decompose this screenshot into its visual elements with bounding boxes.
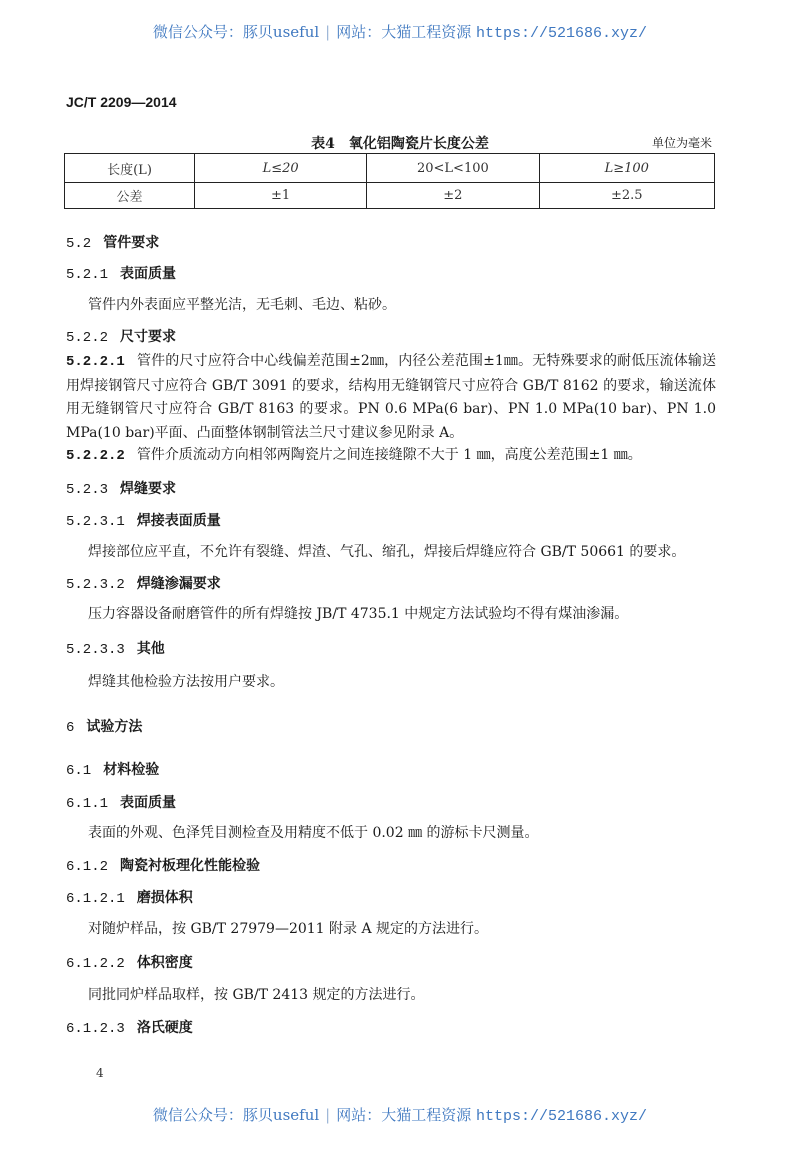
heading-5-2-2: 5.2.2尺寸要求: [66, 326, 176, 346]
watermark-top: 微信公众号：豚贝useful|网站：大猫工程资源 https://521686.…: [0, 21, 800, 42]
tolerance-table: 长度(L) L≤20 20<L<100 L≥100 公差 ±1 ±2 ±2.5: [64, 153, 715, 209]
watermark-account: 微信公众号：豚贝useful: [153, 23, 319, 41]
text-5-2-3-1: 焊接部位应平直，不允许有裂缝、焊渣、气孔、缩孔，焊接后焊缝应符合 GB/T 50…: [88, 541, 685, 561]
heading-6-1: 6.1材料检验: [66, 759, 159, 779]
watermark-separator: |: [319, 23, 336, 41]
watermark-site: 网站：大猫工程资源: [336, 1106, 471, 1124]
table-cell: ±2: [367, 183, 539, 209]
heading-6-1-2-3: 6.1.2.3洛氏硬度: [66, 1017, 193, 1037]
paragraph-5-2-2-2: 5.2.2.2管件介质流动方向相邻两陶瓷片之间连接缝隙不大于 1 ㎜，高度公差范…: [66, 444, 716, 469]
heading-5-2: 5.2管件要求: [66, 232, 159, 252]
text-6-1-2-2: 同批同炉样品取样，按 GB/T 2413 规定的方法进行。: [88, 984, 425, 1004]
table-cell: 长度(L): [65, 154, 195, 183]
heading-6-1-2-2: 6.1.2.2体积密度: [66, 952, 193, 972]
text-5-2-1: 管件内外表面应平整光洁，无毛刺、毛边、粘砂。: [88, 294, 396, 314]
table-number: 表4: [311, 136, 349, 152]
heading-6-1-1: 6.1.1表面质量: [66, 792, 176, 812]
watermark-site: 网站：大猫工程资源: [336, 23, 471, 41]
heading-6-1-2: 6.1.2陶瓷衬板理化性能检验: [66, 855, 260, 875]
watermark-account: 微信公众号：豚贝useful: [153, 1106, 319, 1124]
heading-5-2-3-1: 5.2.3.1焊接表面质量: [66, 510, 221, 530]
table-cell: 20<L<100: [367, 154, 539, 183]
heading-5-2-3-3: 5.2.3.3其他: [66, 638, 165, 658]
heading-5-2-1: 5.2.1表面质量: [66, 263, 176, 283]
watermark-url[interactable]: https://521686.xyz/: [476, 1108, 647, 1125]
table-cell: ±1: [195, 183, 367, 209]
text-6-1-2-1: 对随炉样品，按 GB/T 27979—2011 附录 A 规定的方法进行。: [88, 918, 488, 938]
table-cell: L≥100: [539, 154, 715, 183]
watermark-separator: |: [319, 1106, 336, 1124]
table-cell: L≤20: [195, 154, 367, 183]
text-6-1-1: 表面的外观、色泽凭目测检查及用精度不低于 0.02 ㎜ 的游标卡尺测量。: [88, 822, 539, 842]
table-cell: 公差: [65, 183, 195, 209]
text-5-2-3-3: 焊缝其他检验方法按用户要求。: [88, 671, 284, 691]
table-row: 公差 ±1 ±2 ±2.5: [65, 183, 715, 209]
table-title: 氧化铝陶瓷片长度公差: [349, 136, 489, 152]
watermark-url[interactable]: https://521686.xyz/: [476, 25, 647, 42]
table-cell: ±2.5: [539, 183, 715, 209]
heading-6-1-2-1: 6.1.2.1磨损体积: [66, 887, 193, 907]
table-row: 长度(L) L≤20 20<L<100 L≥100: [65, 154, 715, 183]
text-5-2-3-2: 压力容器设备耐磨管件的所有焊缝按 JB/T 4735.1 中规定方法试验均不得有…: [88, 603, 628, 623]
heading-6: 6试验方法: [66, 716, 142, 736]
paragraph-5-2-2-1: 5.2.2.1管件的尺寸应符合中心线偏差范围±2㎜，内径公差范围±1㎜。无特殊要…: [66, 350, 716, 445]
watermark-bottom: 微信公众号：豚贝useful|网站：大猫工程资源 https://521686.…: [0, 1104, 800, 1125]
heading-5-2-3: 5.2.3焊缝要求: [66, 478, 176, 498]
standard-id: JC/T 2209—2014: [66, 94, 177, 110]
table-unit: 单位为毫米: [652, 134, 712, 151]
page-number: 4: [96, 1066, 104, 1080]
heading-5-2-3-2: 5.2.3.2焊缝渗漏要求: [66, 573, 221, 593]
